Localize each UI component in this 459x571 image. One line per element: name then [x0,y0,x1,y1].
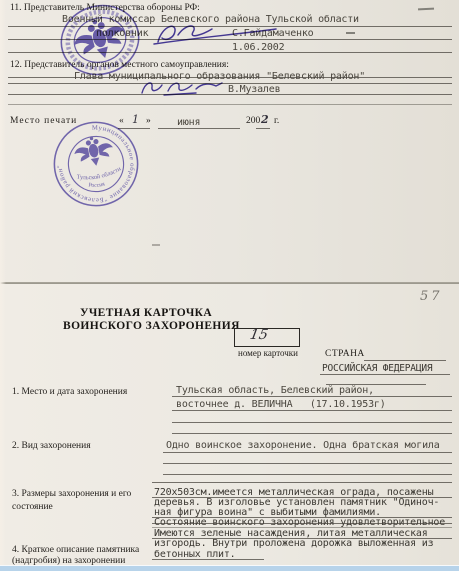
form-line [8,104,452,105]
handwritten-year-digit: 2 [261,113,269,126]
strike-line [152,523,452,524]
form-line [152,482,452,483]
field-3-label-line1: 3. Размеры захоронения и его [12,489,131,499]
form-line [163,452,452,453]
pen-dash [346,32,355,34]
form-line [172,422,452,423]
country-value: РОССИЙСКАЯ ФЕДЕРАЦИЯ [322,363,432,374]
field-2-value: Одно воинское захоронение. Одна братская… [166,440,440,451]
pencil-page-number: 57 [420,289,443,304]
form-line [320,374,450,375]
scan-edge [0,0,6,571]
field-2-label: 2. Вид захоронения [12,441,91,451]
field-3-label-line2: состояние [12,502,53,512]
form-line [158,128,240,129]
field-4-label-line1: 4. Краткое описание памятника [12,545,139,555]
scan-bottom-strip [0,566,459,571]
handwritten-signature-icon [150,20,280,48]
form-line [163,463,452,464]
form-line [364,360,446,361]
field-4-label-line2: (надгробия) на захоронении [12,556,125,566]
country-label: СТРАНА [325,349,365,359]
handwritten-signature-icon [138,79,230,99]
form-line [256,128,270,129]
field-1-value-line2: восточнее д. ВЕЛИЧНА (17.10.1953г) [176,399,386,410]
form-line [172,433,452,434]
form-line [8,94,452,95]
field-4-value-line2: изгородь. Внутри проложена дорожка вылож… [154,538,433,549]
card-title-line2: ВОИНСКОГО ЗАХОРОНЕНИЯ [63,320,240,332]
municipal-seal-stamp-icon: Муниципальное образование "Белевский рай… [44,112,148,216]
svg-text:Тульской области: Тульской области [75,165,124,185]
form-line [152,559,264,560]
military-commissariat-stamp-icon [50,0,150,90]
scanned-document: 11. Представитель Министерства обороны Р… [0,0,459,571]
year-suffix: г. [274,116,279,126]
form-line [172,410,452,411]
field-1-value-line1: Тульская область, Белевский район, [176,385,374,396]
year-prefix: 200 [246,116,260,126]
double-headed-eagle-icon [72,133,116,169]
seal-region-text: Тульской области [75,165,124,185]
handwritten-card-number: 15 [249,327,270,343]
field-1-label: 1. Место и дата захоронения [12,387,127,397]
card-title-line1: УЧЕТНАЯ КАРТОЧКА [80,307,212,319]
form-line [172,396,452,397]
pencil-dash [152,244,160,246]
card-number-label: номер карточки [238,348,298,358]
handwritten-month: июня [177,117,200,128]
form-line [163,474,452,475]
